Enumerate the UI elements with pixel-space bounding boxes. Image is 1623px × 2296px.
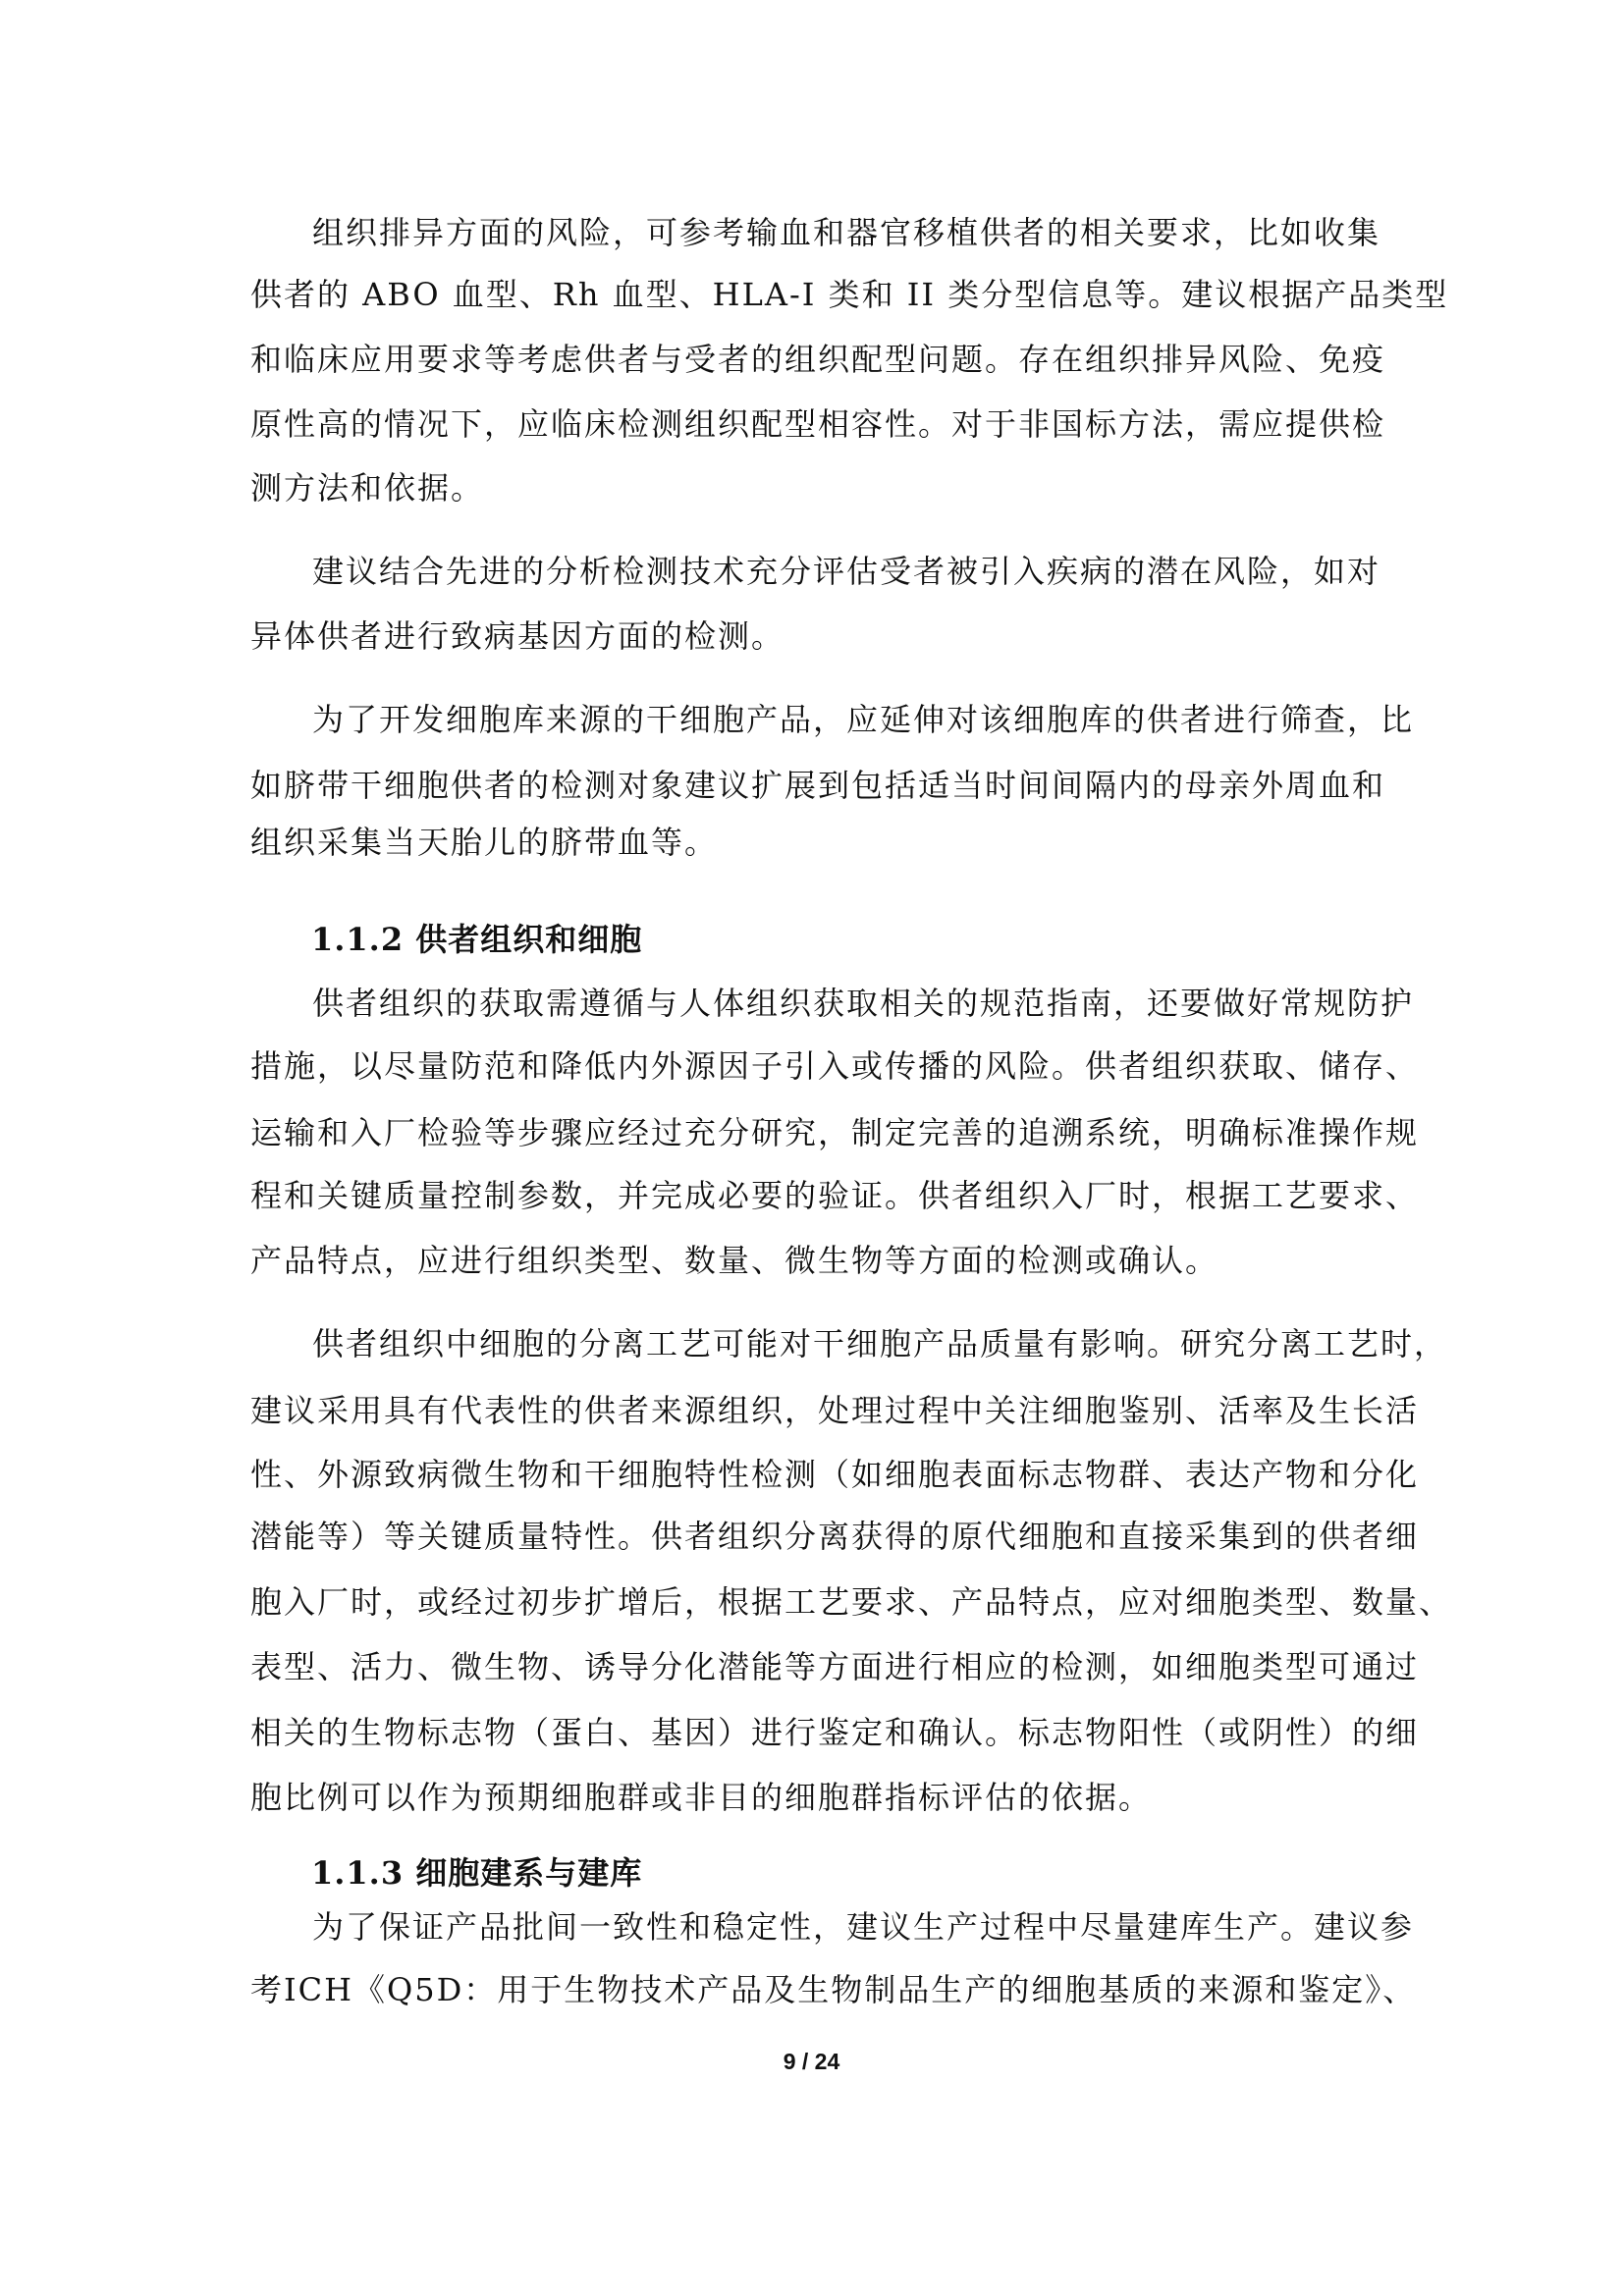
paragraph-line: 性、外源致病微生物和干细胞特性检测（如细胞表面标志物群、表达产物和分化 <box>250 1453 1373 1496</box>
paragraph-line: 组织采集当天胎儿的脐带血等。 <box>250 821 1373 864</box>
paragraph-line: 胞入厂时，或经过初步扩增后，根据工艺要求、产品特点，应对细胞类型、数量、 <box>250 1580 1373 1624</box>
paragraph-line: 表型、活力、微生物、诱导分化潜能等方面进行相应的检测，如细胞类型可通过 <box>250 1645 1373 1688</box>
section-heading-1-1-3: 1.1.3 细胞建系与建库 <box>311 1851 642 1895</box>
paragraph-line: 为了保证产品批间一致性和稳定性，建议生产过程中尽量建库生产。建议参 <box>312 1905 1373 1949</box>
paragraph-line: 产品特点，应进行组织类型、数量、微生物等方面的检测或确认。 <box>250 1239 1373 1282</box>
paragraph-line: 测方法和依据。 <box>250 466 1373 509</box>
paragraph-line: 组织排异方面的风险，可参考输血和器官移植供者的相关要求，比如收集 <box>312 211 1373 254</box>
paragraph-line: 异体供者进行致病基因方面的检测。 <box>250 614 1373 658</box>
paragraph-line: 供者组织中细胞的分离工艺可能对干细胞产品质量有影响。研究分离工艺时， <box>312 1322 1373 1365</box>
document-page: 组织排异方面的风险，可参考输血和器官移植供者的相关要求，比如收集 供者的 ABO… <box>0 0 1623 2296</box>
paragraph-line: 相关的生物标志物（蛋白、基因）进行鉴定和确认。标志物阳性（或阴性）的细 <box>250 1711 1373 1754</box>
paragraph-line: 供者的 ABO 血型、Rh 血型、HLA-I 类和 II 类分型信息等。建议根据… <box>250 273 1373 316</box>
paragraph-line: 为了开发细胞库来源的干细胞产品，应延伸对该细胞库的供者进行筛查，比 <box>312 698 1373 741</box>
paragraph-line: 措施，以尽量防范和降低内外源因子引入或传播的风险。供者组织获取、储存、 <box>250 1044 1373 1088</box>
paragraph-line: 建议采用具有代表性的供者来源组织，处理过程中关注细胞鉴别、活率及生长活 <box>250 1389 1373 1432</box>
paragraph-line: 运输和入厂检验等步骤应经过充分研究，制定完善的追溯系统，明确标准操作规 <box>250 1111 1373 1154</box>
paragraph-line: 和临床应用要求等考虑供者与受者的组织配型问题。存在组织排异风险、免疫 <box>250 338 1373 381</box>
paragraph-line: 程和关键质量控制参数，并完成必要的验证。供者组织入厂时，根据工艺要求、 <box>250 1174 1373 1217</box>
paragraph-line: 如脐带干细胞供者的检测对象建议扩展到包括适当时间间隔内的母亲外周血和 <box>250 764 1373 807</box>
page-number: 9 / 24 <box>0 2046 1623 2077</box>
paragraph-line: 胞比例可以作为预期细胞群或非目的细胞群指标评估的依据。 <box>250 1776 1373 1819</box>
paragraph-line: 建议结合先进的分析检测技术充分评估受者被引入疾病的潜在风险，如对 <box>312 550 1373 593</box>
paragraph-line: 原性高的情况下，应临床检测组织配型相容性。对于非国标方法，需应提供检 <box>250 402 1373 446</box>
paragraph-line: 潜能等）等关键质量特性。供者组织分离获得的原代细胞和直接采集到的供者细 <box>250 1515 1373 1558</box>
paragraph-line: 考ICH《Q5D：用于生物技术产品及生物制品生产的细胞基质的来源和鉴定》、 <box>250 1968 1373 2011</box>
paragraph-line: 供者组织的获取需遵循与人体组织获取相关的规范指南，还要做好常规防护 <box>312 982 1373 1025</box>
section-heading-1-1-2: 1.1.2 供者组织和细胞 <box>311 918 642 961</box>
